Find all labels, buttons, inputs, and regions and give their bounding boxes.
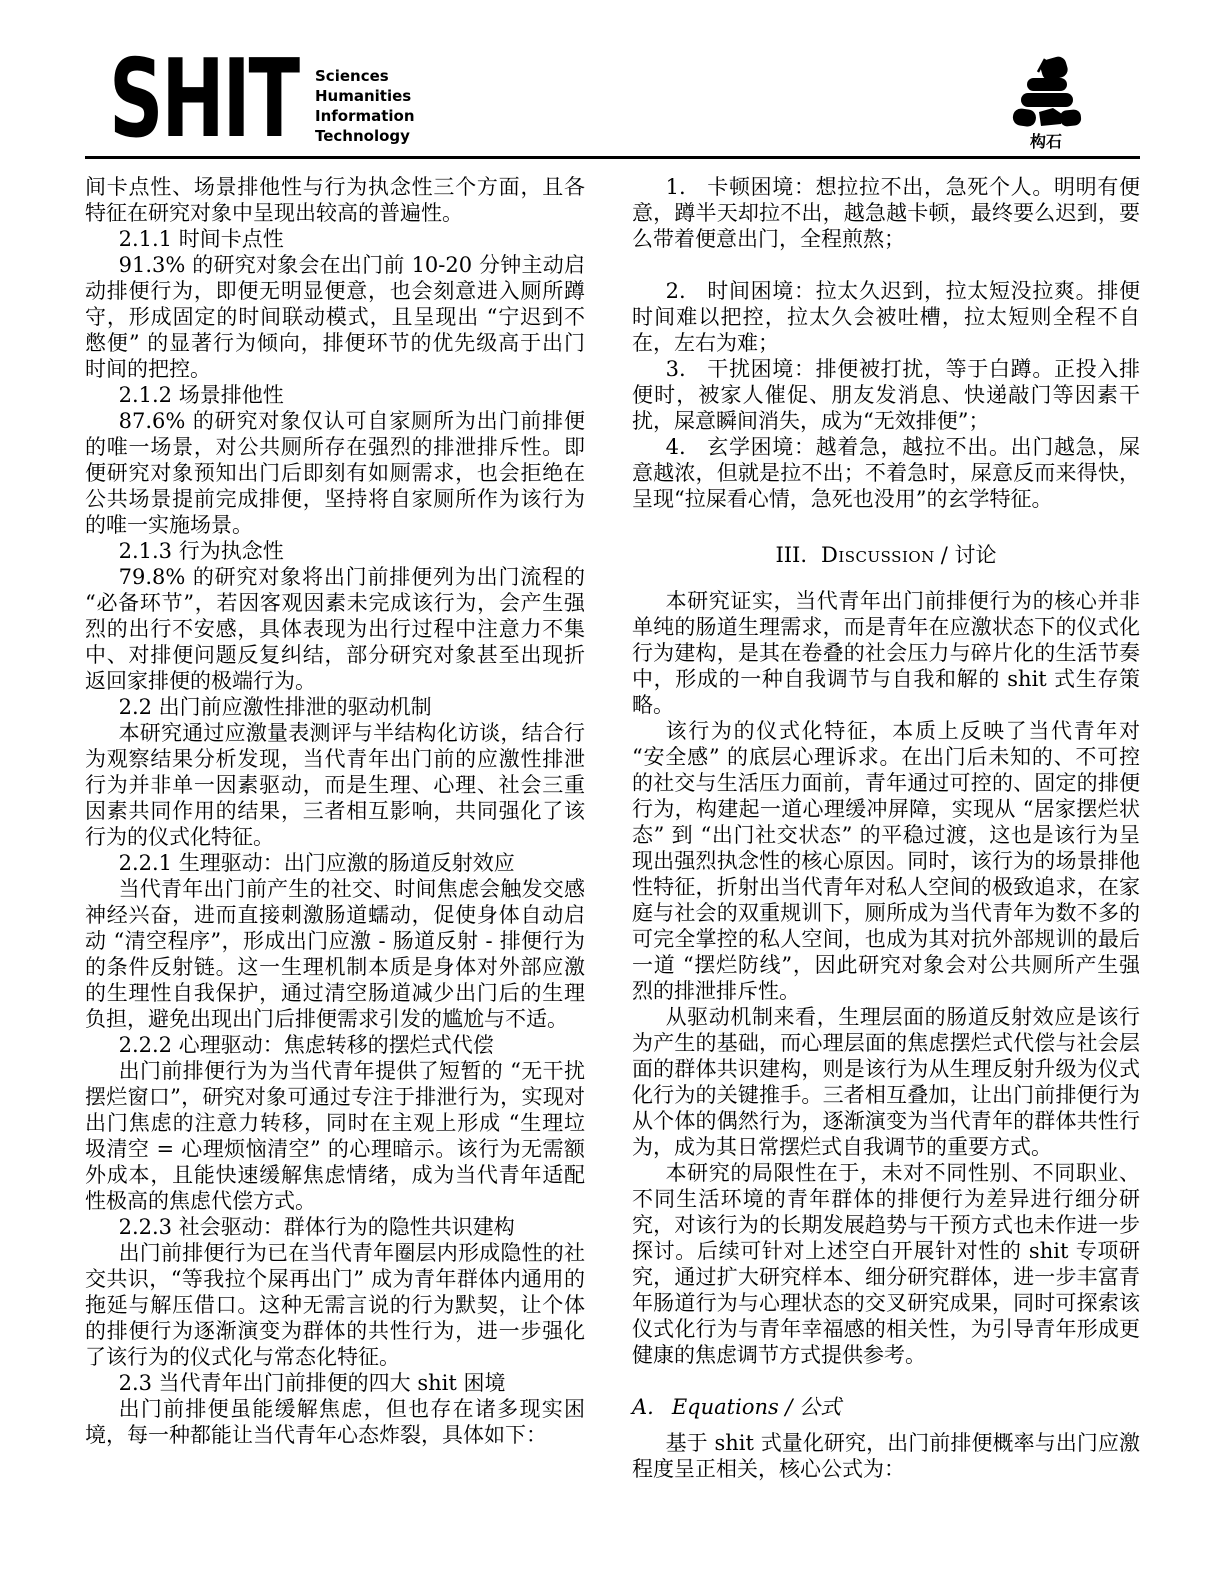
para-driving-mechanism: 本研究通过应激量表测评与半结构化访谈，结合行为观察结果分析发现，当代青年出门前的…	[85, 720, 585, 850]
tagline-line-1: Sciences	[315, 66, 415, 86]
heading-2-2: 2.2 出门前应激性排泄的驱动机制	[85, 694, 585, 720]
heading-2-2-2: 2.2.2 心理驱动：焦虑转移的摆烂式代偿	[85, 1032, 585, 1058]
journal-logo: SHIT	[109, 56, 253, 145]
journal-tagline: Sciences Humanities Information Technolo…	[315, 56, 415, 146]
para-scene-exclusivity: 87.6% 的研究对象仅认可自家厕所为出门前排便的唯一场景，对公共厕所存在强烈的…	[85, 408, 585, 538]
paper-page: SHIT Sciences Humanities Information Tec…	[0, 0, 1224, 1584]
heading-2-3: 2.3 当代青年出门前排便的四大 shit 困境	[85, 1370, 585, 1396]
journal-logo-block: SHIT Sciences Humanities Information Tec…	[109, 56, 415, 146]
publisher-mark-label: 构石	[1008, 129, 1084, 152]
dilemma-item-3: 3. 干扰困境：排便被打扰，等于白蹲。正投入排便时，被家人催促、朋友发消息、快递…	[632, 356, 1140, 434]
subsection-title: Equations / 公式	[672, 1395, 841, 1419]
heading-2-2-1: 2.2.1 生理驱动：出门应激的肠道反射效应	[85, 850, 585, 876]
para-social-drive: 出门前排便行为已在当代青年圈层内形成隐性的社交共识，“等我拉个屎再出门” 成为青…	[85, 1240, 585, 1370]
section-title-zh: / 讨论	[941, 543, 997, 567]
publisher-mark: 构石	[1008, 56, 1084, 152]
dilemma-item-1: 1. 卡顿困境：想拉拉不出，急死个人。明明有便意，蹲半天却拉不出，越急越卡顿，最…	[632, 174, 1140, 252]
tagline-line-3: Information	[315, 106, 415, 126]
article-body: 间卡点性、场景排他性与行为执念性三个方面，且各特征在研究对象中呈现出较高的普遍性…	[85, 174, 1140, 1482]
left-column: 间卡点性、场景排他性与行为执念性三个方面，且各特征在研究对象中呈现出较高的普遍性…	[85, 174, 585, 1482]
subsection-label: A.	[632, 1395, 654, 1419]
para-behavior-obsession: 79.8% 的研究对象将出门前排便列为出门流程的 “必备环节”，若因客观因素未完…	[85, 564, 585, 694]
continued-paragraph: 间卡点性、场景排他性与行为执念性三个方面，且各特征在研究对象中呈现出较高的普遍性…	[85, 174, 585, 226]
heading-2-1-1: 2.1.1 时间卡点性	[85, 226, 585, 252]
discussion-section-heading: III.Discussion/ 讨论	[632, 542, 1140, 568]
discussion-para-3: 从驱动机制来看，生理层面的肠道反射效应是该行为产生的基础，而心理层面的焦虑摆烂式…	[632, 1004, 1140, 1160]
equations-subsection-heading: A.Equations / 公式	[632, 1394, 1140, 1420]
tagline-line-2: Humanities	[315, 86, 415, 106]
section-numeral: III.	[775, 543, 807, 567]
discussion-para-4: 本研究的局限性在于，未对不同性别、不同职业、不同生活环境的青年群体的排便行为差异…	[632, 1160, 1140, 1368]
para-dilemma-intro: 出门前排便虽能缓解焦虑，但也存在诸多现实困境，每一种都能让当代青年心态炸裂，具体…	[85, 1396, 585, 1448]
dilemma-item-2: 2. 时间困境：拉太久迟到，拉太短没拉爽。排便时间难以把控，拉太久会被吐槽，拉太…	[632, 278, 1140, 356]
para-psychological-drive: 出门前排便行为为当代青年提供了短暂的 “无干扰摆烂窗口”，研究对象可通过专注于排…	[85, 1058, 585, 1214]
heading-2-2-3: 2.2.3 社会驱动：群体行为的隐性共识建构	[85, 1214, 585, 1240]
para-physiological-drive: 当代青年出门前产生的社交、时间焦虑会触发交感神经兴奋，进而直接刺激肠道蠕动，促使…	[85, 876, 585, 1032]
rock-pile-icon	[1008, 56, 1084, 128]
heading-2-1-3: 2.1.3 行为执念性	[85, 538, 585, 564]
journal-header: SHIT Sciences Humanities Information Tec…	[85, 56, 1140, 152]
dilemma-list: 1. 卡顿困境：想拉拉不出，急死个人。明明有便意，蹲半天却拉不出，越急越卡顿，最…	[632, 174, 1140, 512]
section-title-en: Discussion	[821, 543, 935, 567]
discussion-para-2: 该行为的仪式化特征，本质上反映了当代青年对 “安全感” 的底层心理诉求。在出门后…	[632, 718, 1140, 1004]
dilemma-item-4: 4. 玄学困境：越着急，越拉不出。出门越急，屎意越浓，但就是拉不出；不着急时，屎…	[632, 434, 1140, 512]
para-time-fixation: 91.3% 的研究对象会在出门前 10-20 分钟主动启动排便行为，即便无明显便…	[85, 252, 585, 382]
equations-intro-paragraph: 基于 shit 式量化研究，出门前排便概率与出门应激程度呈正相关，核心公式为：	[632, 1430, 1140, 1482]
discussion-para-1: 本研究证实，当代青年出门前排便行为的核心并非单纯的肠道生理需求，而是青年在应激状…	[632, 588, 1140, 718]
heading-2-1-2: 2.1.2 场景排他性	[85, 382, 585, 408]
right-column: 1. 卡顿困境：想拉拉不出，急死个人。明明有便意，蹲半天却拉不出，越急越卡顿，最…	[632, 174, 1140, 1482]
tagline-line-4: Technology	[315, 126, 415, 146]
